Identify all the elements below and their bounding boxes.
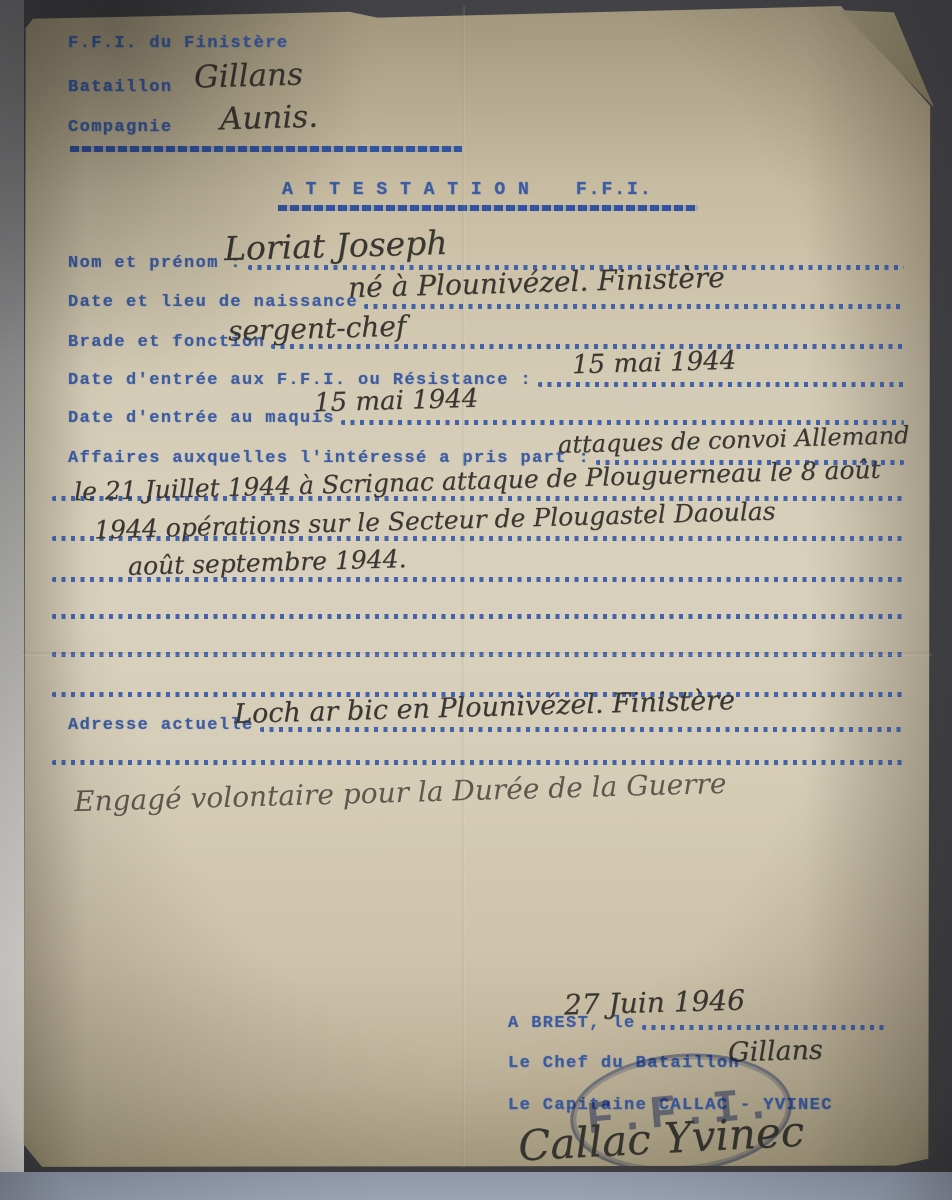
horizontal-crease: [22, 652, 932, 656]
field-adresse-label: Adresse actuelle: [68, 716, 254, 735]
compagnie-value-handwritten: Aunis.: [220, 99, 319, 138]
title-underline: [278, 205, 698, 211]
date-value-handwritten: 27 Juin 1946: [564, 983, 746, 1021]
field-grade: Brade et fonction: [68, 333, 906, 352]
signature-handwritten: Callac Yvinec: [517, 1107, 805, 1171]
field-entree-ffi: Date d'entrée aux F.F.I. ou Résistance :: [68, 371, 906, 390]
field-nom-value-handwritten: Loriat Joseph: [223, 223, 447, 268]
scanned-document-photo: { "colors": { "paper": "#d5ccb6", "typew…: [0, 0, 952, 1200]
field-nom-label: Nom et prénom :: [68, 254, 242, 273]
title-main: A T T E S T A T I O N: [282, 180, 530, 200]
field-entree-ffi-value-handwritten: 15 mai 1944: [572, 346, 737, 381]
field-entree-maquis-value-handwritten: 15 mai 1944: [314, 384, 479, 419]
field-naissance-label: Date et lieu de naissance: [68, 293, 358, 312]
bataillon-label: Bataillon: [68, 78, 172, 97]
dotted-line: [52, 760, 906, 765]
dotted-line: [364, 304, 904, 309]
dotted-line: [538, 382, 904, 387]
dotted-line: [642, 1025, 886, 1030]
volunteer-note-handwritten: Engagé volontaire pour la Durée de la Gu…: [74, 767, 727, 818]
document-title: A T T E S T A T I O NF.F.I.: [282, 180, 653, 200]
header-underline: [70, 146, 462, 152]
dotted-line: [271, 344, 904, 349]
document-paper: F.F.I. du Finistère Bataillon Gillans Co…: [22, 6, 932, 1168]
vertical-crease: [462, 6, 465, 1168]
field-entree-maquis-label: Date d'entrée au maquis: [68, 409, 335, 428]
title-suffix: F.F.I.: [576, 180, 653, 200]
scanner-background-bottom: [0, 1172, 952, 1200]
affaires-line4-handwritten: août septembre 1944.: [128, 544, 407, 581]
compagnie-label: Compagnie: [68, 118, 172, 137]
dotted-line: [52, 614, 906, 619]
scanner-background-left: [0, 0, 24, 1200]
org-line: F.F.I. du Finistère: [68, 34, 288, 53]
dotted-line: [260, 727, 904, 732]
field-grade-value-handwritten: sergent-chef: [228, 310, 407, 348]
bataillon-value-handwritten: Gillans: [194, 56, 304, 95]
